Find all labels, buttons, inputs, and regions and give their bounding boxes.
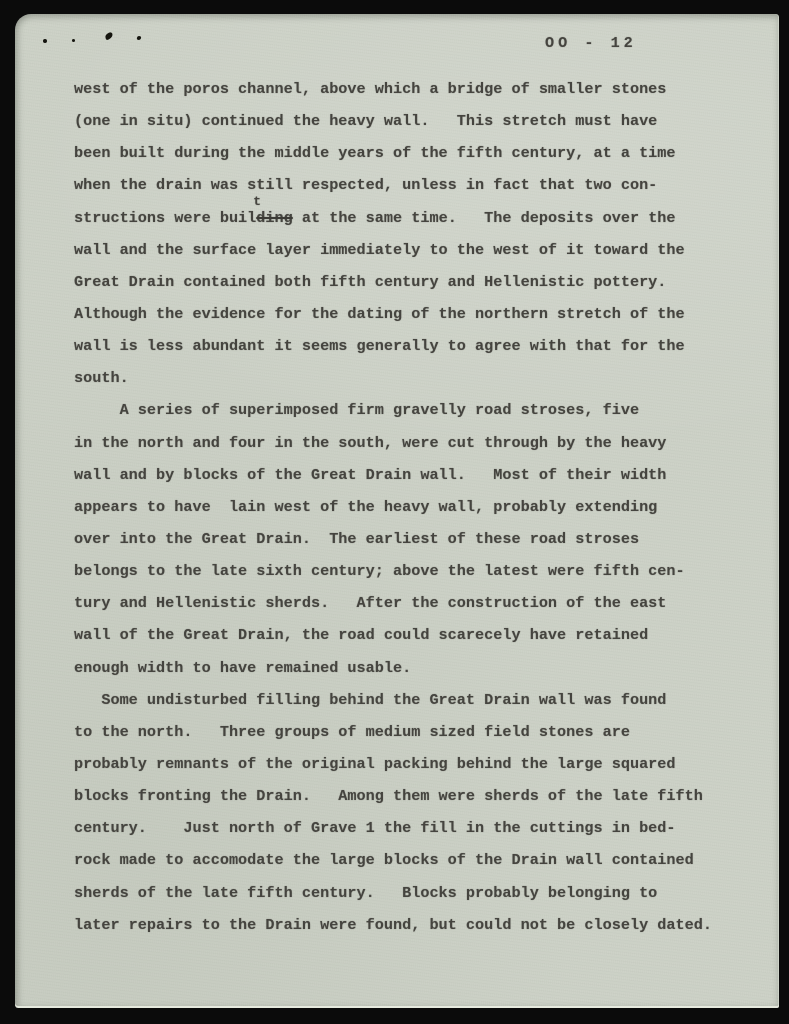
text-line: century. Just north of Grave 1 the fill … [74,812,734,844]
text-line: when the drain was still respected, unle… [74,169,734,201]
text-line: to the north. Three groups of medium siz… [74,716,734,748]
overtyped-letter: t [253,195,261,208]
text-line: enough width to have remained usable. [74,652,734,684]
text-segment: at the same time. The deposits over the [293,209,676,227]
text-line: (one in situ) continued the heavy wall. … [74,105,734,137]
ink-speck [137,36,142,41]
text-line: appears to have lain west of the heavy w… [74,491,734,523]
text-line: Great Drain contained both fifth century… [74,266,734,298]
typewritten-text-block: west of the poros channel, above which a… [74,73,734,941]
struck-out-text: ding [256,209,292,227]
document-page: OO - 12 west of the poros channel, above… [15,14,779,1008]
text-line: sherds of the late fifth century. Blocks… [74,877,734,909]
text-line: south. [74,362,734,394]
text-line: wall of the Great Drain, the road could … [74,619,734,651]
text-line: blocks fronting the Drain. Among them we… [74,780,734,812]
text-line: Although the evidence for the dating of … [74,298,734,330]
text-line: probably remnants of the original packin… [74,748,734,780]
text-line: wall and the surface layer immediately t… [74,234,734,266]
text-line: structions were builtding at the same ti… [74,202,734,234]
text-line: rock made to accomodate the large blocks… [74,844,734,876]
text-line: been built during the middle years of th… [74,137,734,169]
ink-speck [72,39,75,42]
text-line: tury and Hellenistic sherds. After the c… [74,587,734,619]
text-line: west of the poros channel, above which a… [74,73,734,105]
text-line: in the north and four in the south, were… [74,427,734,459]
text-line: over into the Great Drain. The earliest … [74,523,734,555]
scan-background: { "page": { "number": "OO - 12", "paper_… [0,0,789,1024]
ink-speck [104,32,114,41]
text-line: later repairs to the Drain were found, b… [74,909,734,941]
page-number: OO - 12 [545,27,637,59]
text-line: belongs to the late sixth century; above… [74,555,734,587]
text-line: A series of superimposed firm gravelly r… [74,394,734,426]
ink-speck [43,39,47,43]
typed-correction: tding [256,209,292,227]
text-line: wall is less abundant it seems generally… [74,330,734,362]
text-segment: structions were buil [74,209,256,227]
text-line: Some undisturbed filling behind the Grea… [74,684,734,716]
text-line: wall and by blocks of the Great Drain wa… [74,459,734,491]
